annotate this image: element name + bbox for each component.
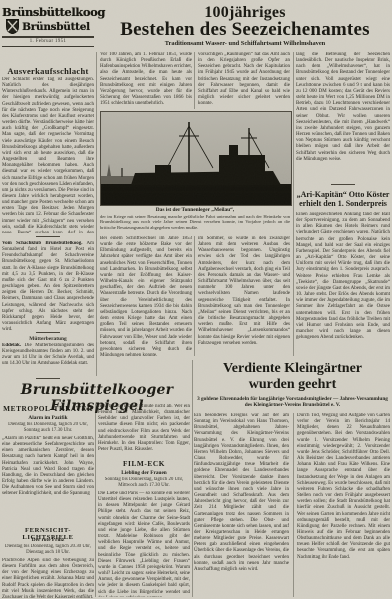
film-review-filmeck: Die Liebe und Paris — so könnte ein weit…: [98, 491, 190, 597]
film-review-metropol: „Alarm im Pazifik“ heißt ein neuer Großf…: [2, 436, 94, 523]
separator: [36, 236, 60, 237]
cinema-name-filmeck: FILM-ECK: [98, 459, 190, 468]
chess-club-note: Vom Schachklub Brunsbüttelkoog. Am Sonna…: [2, 241, 94, 330]
notice-heading: Mütterberatung: [2, 336, 94, 342]
column-rule: [194, 236, 195, 356]
main-col1-bottom: Bei einem Schriftwechsel im Jahre 1853 w…: [100, 236, 192, 376]
film-schedule-fernsicht: Dienstag bis Donnerstag, täglich 20.30 U…: [2, 544, 94, 556]
film-title-metropol: Alarm im Pazifik: [2, 415, 94, 421]
kleingaertner-subtitle: 3 goldene Ehrennadeln für langjährige Vo…: [196, 396, 389, 409]
local-article-body: Der Schlacht erster Tag ist ausgeklungen…: [2, 77, 94, 233]
ship-photo-image: [101, 112, 291, 205]
main-col1-top: Vor 100 Jahren, am 1. Februar 1851, wurd…: [100, 52, 192, 109]
main-col3-top: lang die Betreuung der Seezeichen landes…: [296, 52, 390, 180]
separator: [36, 332, 60, 333]
film-review-metropol-continued: reißt bis zur letzten Minute nicht ab. W…: [98, 404, 190, 456]
masthead-date: 1. Februar 1951: [2, 39, 94, 44]
kleingaertner-headline-line1: Verdiente Kleingärtner: [194, 361, 391, 377]
masthead-rule-thin: [2, 46, 94, 47]
sub-article-headline-line1: „Ari-Kapitän“ Otto Köster: [296, 190, 390, 199]
kleingaertner-col1: Ein besonderes Ereignis war auf der am S…: [194, 413, 289, 597]
column-rule: [293, 413, 294, 597]
column-rule: [192, 360, 193, 597]
column-rule: [95, 404, 96, 597]
film-review-fernsicht: Prachtvolle Alpen sind die Verbeugung zu…: [2, 558, 94, 598]
separator: [36, 378, 60, 379]
local-headline: Ausverkaufsschlacht: [2, 66, 94, 76]
kleingaertner-col2: Durch Tod, Wegzug und Aufgabe von Gärten…: [297, 413, 390, 597]
sub-article-body: Einen ausgezeichneten Anklang fand der B…: [296, 212, 390, 356]
film-title-filmeck: Liebling der Frauen: [98, 470, 190, 476]
chess-club-lead: Vom Schachklub Brunsbüttelkoog.: [2, 241, 82, 246]
masthead-title-line1: Brünsbüttelkoog: [2, 5, 94, 19]
film-schedule-metropol: Dienstag bis Donnerstag, täglich 20 Uhr,…: [2, 422, 94, 434]
photo-caption-title: Das ist der Tonnenleger „Meilau“,: [100, 207, 290, 213]
coat-of-arms-icon: [6, 19, 19, 34]
film-title-fernsicht: Der rote Prinz: [2, 537, 94, 543]
photo-caption-body: der im Kriege mit seiner Besatzung manch…: [100, 214, 290, 231]
masthead: Brünsbüttelkoog Brünsbüttel 1. Februar 1…: [2, 5, 94, 46]
masthead-rule-thick: [2, 36, 94, 38]
masthead-title-line2-row: Brünsbüttel: [2, 19, 94, 34]
notice-body: Eddelak. Die Mütterberatungsstunden des …: [2, 343, 94, 376]
chess-club-body: Am Sonnabend fand im Hotel zur Post ein …: [2, 241, 94, 330]
column-rule: [96, 52, 97, 376]
main-col2-bottom: im Sommer, so wurde in den zwanziger Jah…: [198, 236, 290, 356]
separator: [331, 184, 355, 185]
ship-photo: [100, 111, 292, 206]
cinema-name-metropol: METROPOL-THEATER: [2, 404, 94, 413]
film-schedule-filmeck: Sonntag bis Donnerstag, täglich 20 Uhr, …: [98, 477, 190, 489]
main-subtitle: Traditionsamt Wasser- und Schiffahrtsamt…: [100, 40, 390, 47]
column-rule: [194, 52, 195, 109]
column-rule: [293, 52, 294, 356]
kleingaertner-headline-line2: wurden geehrt: [194, 377, 391, 393]
masthead-title-line2: Brünsbüttel: [22, 21, 90, 33]
notice-lead: Eddelak.: [2, 343, 21, 348]
main-col2-top: vorsichtigen „Räumungen“ hat das Amt auc…: [198, 52, 290, 109]
main-headline-line2: Bestehen des Seezeichenamtes: [100, 19, 390, 41]
sub-article-headline-line2: erhielt den 1. Sonderpreis: [296, 199, 390, 208]
newspaper-page: Brünsbüttelkoog Brünsbüttel 1. Februar 1…: [0, 0, 392, 599]
